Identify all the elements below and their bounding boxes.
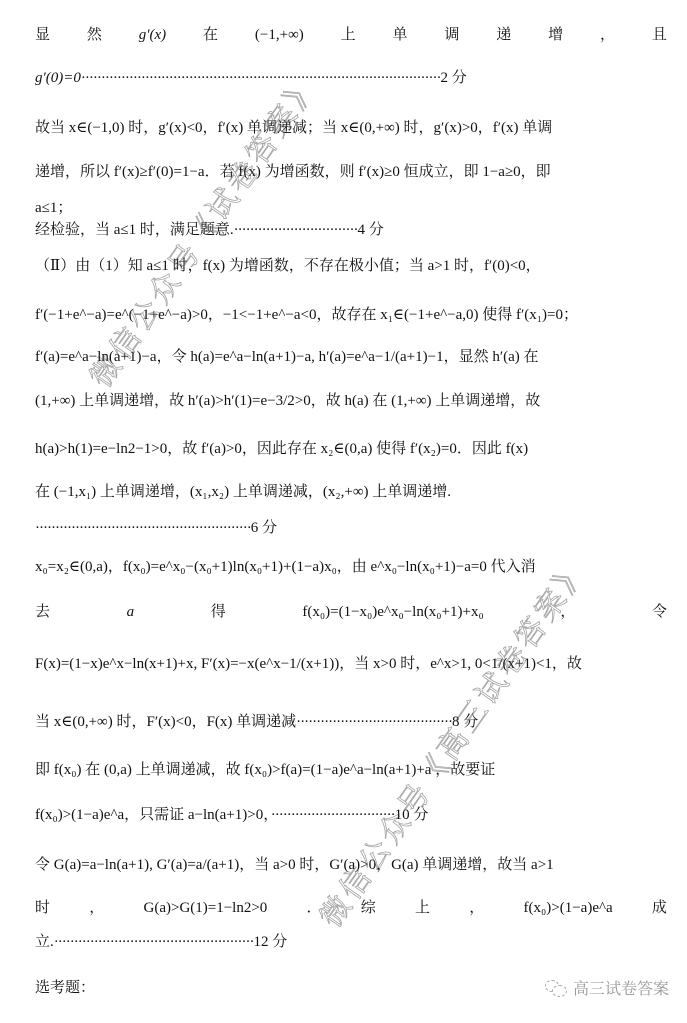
score-mark: 12 分 [254,934,288,950]
word: 令 [652,602,667,622]
text-line-17: 当 x∈(0,+∞) 时，F′(x)<0，F(x) 单调递减··········… [35,712,667,732]
math: f(x₀)>(1−a)e^a [524,898,613,918]
leader-dots: ········································… [35,520,251,536]
leader-dots: ······································· [296,714,452,730]
score-mark: 2 分 [440,70,466,86]
brand-label: 高三试卷答案 [573,976,669,999]
text-line-10: (1,+∞) 上单调递增，故 h′(a)>h′(1)=e−3/2>0，故 h(a… [35,391,667,411]
brand-footer: 高三试卷答案 [545,976,669,999]
leader-dots: ········································… [81,70,441,86]
word: 递 [496,25,511,45]
leader-dots: ······························· [234,222,358,238]
math: g′(0)=0 [35,70,81,86]
text-line-5: a≤1； [35,198,667,218]
word: 显 [35,25,50,45]
word: 在 [203,25,218,45]
text-line-2: g′(0)=0·································… [35,68,667,88]
word: 上 [415,898,430,918]
text: 当 x∈(0,+∞) 时，F′(x)<0，F(x) 单调递减 [35,714,296,730]
text-line-7: （Ⅱ）由（1）知 a≤1 时，f(x) 为增函数，不存在极小值；当 a>1 时，… [35,256,667,276]
word: 调 [444,25,459,45]
text-line-4: 递增，所以 f′(x)≥f′(0)=1−a．若 f(x) 为增函数，则 f′(x… [35,162,667,182]
text-line-18: 即 f(x₀) 在 (0,a) 上单调递减，故 f(x₀)>f(a)=(1−a)… [35,760,667,780]
math: f(x₀)=(1−x₀)e^x₀−ln(x₀+1)+x₀ [302,602,483,622]
word: 去 [35,602,50,622]
word: 得 [211,602,226,622]
text-line-6: 经检验，当 a≤1 时，满足题意.·······················… [35,220,667,240]
text: f(x₀)>(1−a)e^a，只需证 a−ln(a+1)>0， [35,807,271,823]
math: (−1,+∞) [255,25,304,45]
text-line-1: 显 然 g′(x) 在 (−1,+∞) 上 单 调 递 增 ， 且 [35,25,667,45]
text-line-16: F(x)=(1−x)e^x−ln(x+1)+x, F′(x)=−x(e^x−1/… [35,654,667,674]
text-line-3: 故当 x∈(−1,0) 时，g′(x)<0，f′(x) 单调递减；当 x∈(0,… [35,118,667,138]
wechat-icon [545,980,567,996]
text: 立. [35,934,54,950]
score-mark: 4 分 [358,222,384,238]
word: ， [600,25,615,45]
math: a [127,602,135,622]
word: 时 [35,898,50,918]
word: 增 [548,25,563,45]
text-line-11: h(a)>h(1)=e−ln2−1>0，故 f′(a)>0，因此存在 x₂∈(0… [35,439,667,459]
text-line-12: 在 (−1,x₁) 上单调递增，(x₁,x₂) 上单调递减，(x₂,+∞) 上单… [35,482,667,502]
word: 且 [652,25,667,45]
text-line-13: ········································… [35,518,667,538]
word: 上 [341,25,356,45]
word: ， [469,898,484,918]
math: g′(x) [139,25,166,45]
word: 成 [652,898,667,918]
word: 然 [87,25,102,45]
score-mark: 6 分 [251,520,277,536]
word: ， [89,898,104,918]
text-line-19: f(x₀)>(1−a)e^a，只需证 a−ln(a+1)>0，·········… [35,805,667,825]
math: G(a)>G(1)=1−ln2>0 [144,898,268,918]
leader-dots: ········································… [54,934,254,950]
text-line-22: 立.······································… [35,932,667,952]
word: 单 [393,25,408,45]
